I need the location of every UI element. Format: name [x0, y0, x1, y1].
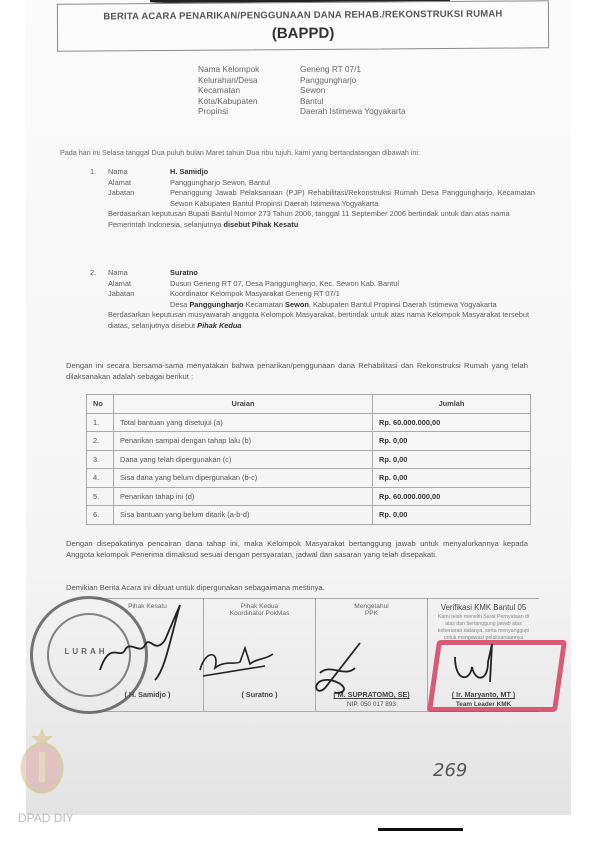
watermark: DPAD DIY — [18, 811, 74, 825]
party-2-basis: Berdasarkan keputusan musyawarah anggota… — [90, 310, 535, 331]
intro-text: Pada hari ini Selasa tanggal Dua puluh b… — [60, 148, 530, 157]
table-row: 2.Penarikan sampai dengan tahap lalu (b)… — [87, 432, 531, 451]
document-title: BERITA ACARA PENARIKAN/PENGGUNAAN DANA R… — [58, 8, 548, 22]
party-1-name: H. Samidjo — [170, 167, 535, 178]
table-header-row: No Uraian Jumlah — [87, 395, 531, 414]
statement-text: Dengan ini secara bersama-sama menyataka… — [66, 360, 528, 382]
identity-row: KecamatanSewon — [198, 85, 406, 96]
identity-row: Kelurahan/DesaPanggungharjo — [198, 75, 406, 86]
document-subtitle: (BAPPD) — [58, 23, 548, 43]
document-title-box: BERITA ACARA PENARIKAN/PENGGUNAAN DANA R… — [57, 0, 549, 51]
closing-text-2: Demikian Berita Acara ini dibuat untuk d… — [66, 582, 528, 593]
table-row: 3.Dana yang telah dipergunakan (c)Rp. 0,… — [87, 450, 531, 469]
signature-maryanto — [450, 642, 510, 687]
dpad-emblem-icon — [17, 726, 67, 796]
closing-text: Dengan disepakatinya pencairan dana taha… — [66, 538, 528, 560]
signature-suratno — [195, 640, 280, 680]
party-2: 2.NamaSuratno AlamatDusun Geneng RT 07, … — [90, 268, 535, 331]
table-row: 5.Penarikan tahap ini (d)Rp. 60.000.000,… — [87, 487, 531, 506]
identity-row: PropinsiDaerah Istimewa Yogyakarta — [198, 106, 406, 117]
table-row: 4.Sisa dana yang belum dipergunakan (b-c… — [87, 469, 531, 488]
fund-table: No Uraian Jumlah 1.Total bantuan yang di… — [86, 394, 531, 525]
table-row: 1.Total bantuan yang disetujui (a)Rp. 60… — [87, 413, 531, 432]
signature-supratomo — [305, 638, 375, 698]
identity-row: Nama KelompokGeneng RT 07/1 — [198, 64, 406, 75]
signature-samidjo — [95, 600, 195, 690]
group-identity: Nama KelompokGeneng RT 07/1 Kelurahan/De… — [198, 64, 406, 117]
handwritten-page-number: 269 — [433, 760, 467, 781]
party-1-basis: Berdasarkan keputusan Bupati Bantul Nomo… — [90, 209, 535, 230]
table-row: 6.Sisa bantuan yang belum ditarik (a-b-d… — [87, 506, 531, 525]
identity-row: Kota/KabupatenBantul — [198, 96, 406, 107]
party-2-name: Suratno — [170, 268, 535, 279]
bottom-bar — [378, 828, 463, 831]
party-1: 1.NamaH. Samidjo AlamatPanggungharjo Sew… — [90, 167, 535, 230]
